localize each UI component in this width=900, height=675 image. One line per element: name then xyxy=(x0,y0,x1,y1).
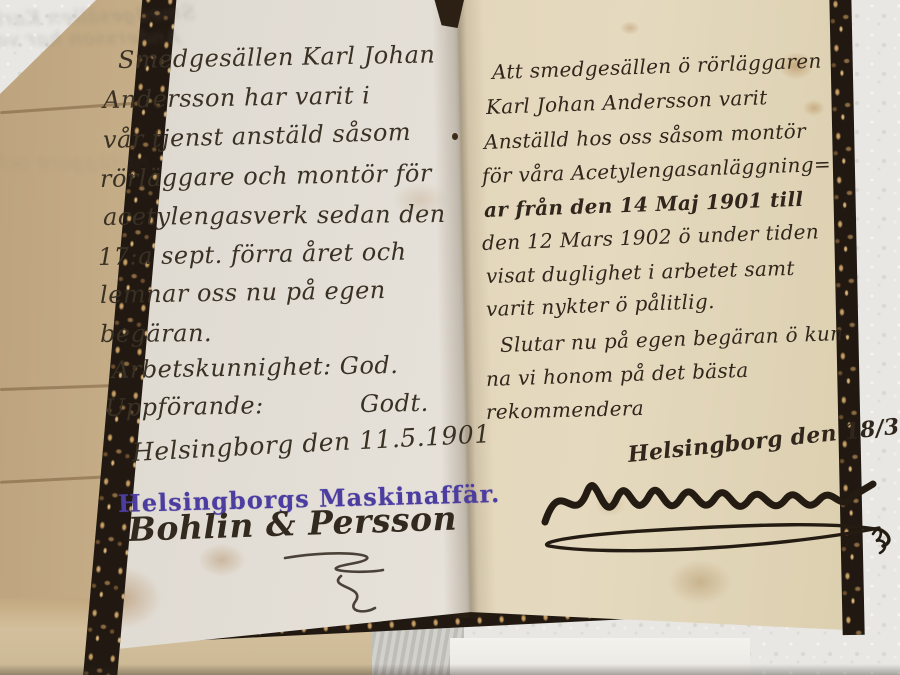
grade-line: Arbetskunnighet: God. xyxy=(112,351,399,384)
binding-hole xyxy=(452,133,458,140)
handwritten-line: Smedgesällen Karl Johan xyxy=(118,40,436,74)
handwritten-line: acetylengasverk sedan den xyxy=(103,200,446,231)
handwritten-line: lemnar oss nu på egen xyxy=(100,276,386,309)
handwritten-line: 17:a sept. förra året och xyxy=(98,238,407,271)
handwritten-line: Andersson har varit i xyxy=(103,81,371,114)
photo-scene: Smedgesällen Karl Johan Andersson har va… xyxy=(0,0,900,675)
photo-edge-shadow xyxy=(0,664,900,675)
grade-label: Uppförande: xyxy=(105,391,264,422)
handwritten-line: begäran. xyxy=(100,319,212,348)
grade-value: God. xyxy=(340,351,399,380)
grade-label: Arbetskunnighet: xyxy=(112,352,332,384)
grade-value: Godt. xyxy=(360,389,429,418)
signature-flourish-right xyxy=(535,458,895,558)
handwritten-line: rekommendera xyxy=(486,396,645,424)
handwritten-line: rörläggare och montör för xyxy=(100,159,432,193)
signature-flourish-left xyxy=(255,552,425,612)
